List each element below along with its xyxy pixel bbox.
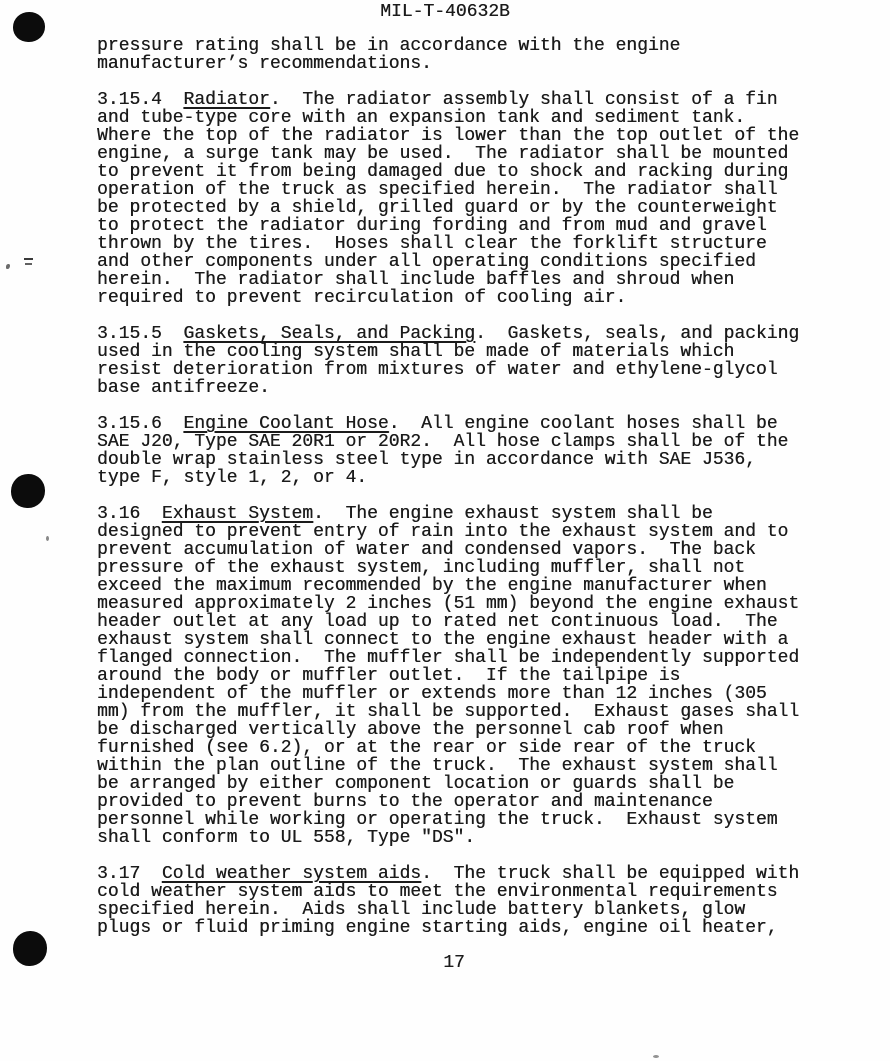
intro-paragraph: pressure rating shall be in accordance w… [97,37,857,73]
section-3-16-exhaust-system: 3.16 Exhaust System. The engine exhaust … [97,505,857,847]
section-number: 3.17 [97,864,162,884]
section-title: Engine Coolant Hose [183,414,388,434]
section-title: Exhaust System [162,504,313,524]
scan-speck [653,1055,659,1058]
section-number: 3.15.5 [97,324,183,344]
section-number: 3.16 [97,504,162,524]
section-number: 3.15.6 [97,414,183,434]
scan-speck [46,536,49,541]
punch-hole-middle [11,474,45,508]
scanned-document-page: MIL-T-40632B pressure rating shall be in… [0,0,890,1061]
section-title: Radiator [183,90,269,110]
page-number: 17 [9,954,890,972]
section-3-15-4-radiator: 3.15.4 Radiator. The radiator assembly s… [97,91,857,307]
section-title: Gaskets, Seals, and Packing [183,324,475,344]
section-number: 3.15.4 [97,90,183,110]
section-text: . The radiator assembly shall consist of… [97,90,799,308]
scan-speck [24,258,33,260]
document-id-header: MIL-T-40632B [0,3,890,21]
section-title: Cold weather system aids [162,864,421,884]
section-3-15-6-engine-coolant-hose: 3.15.6 Engine Coolant Hose. All engine c… [97,415,857,487]
scan-speck [6,264,10,269]
section-3-17-cold-weather-system-aids: 3.17 Cold weather system aids. The truck… [97,865,857,937]
section-3-15-5-gaskets-seals-packing: 3.15.5 Gaskets, Seals, and Packing. Gask… [97,325,857,397]
intro-text: pressure rating shall be in accordance w… [97,36,680,74]
document-body: pressure rating shall be in accordance w… [97,37,857,937]
section-text: . The engine exhaust system shall be des… [97,504,799,848]
scan-speck [25,263,32,265]
